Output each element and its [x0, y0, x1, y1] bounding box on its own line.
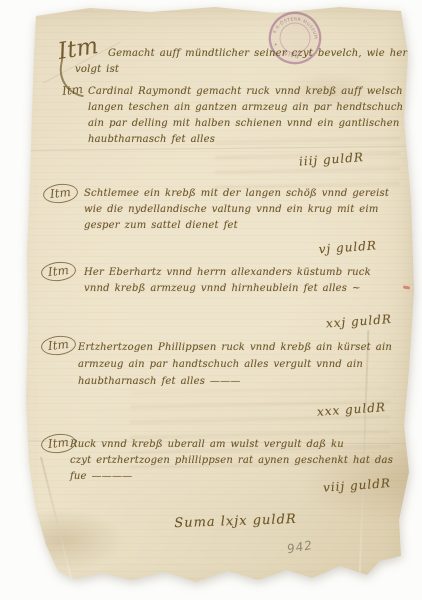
text-line: armzeug ain par handtschuch alles vergul…	[78, 356, 392, 373]
text-line: gesper zum sattel dienet fet	[84, 218, 389, 234]
text-line: haubtharnasch fet alles ———	[78, 373, 392, 390]
entry-1-text: Gemacht auff mündtlicher seiner czyt bev…	[108, 46, 422, 78]
photograph-background: K·K·ÖSTERR·MUSEUM WIEN Itm Gemacht auff …	[0, 0, 422, 600]
text-line: Her Eberhartz vnnd herrn allexanders küs…	[84, 265, 371, 281]
entry-5-text: Ertzhertzogen Phillippsen ruck vnnd kreb…	[78, 339, 392, 390]
text-line: Cardinal Raymondt gemacht ruck vnnd kreb…	[88, 84, 422, 100]
text-line: volgt ist	[75, 62, 422, 78]
manuscript-page: K·K·ÖSTERR·MUSEUM WIEN Itm Gemacht auff …	[0, 0, 422, 600]
text-line: wie die nydellandische valtung vnnd ein …	[84, 202, 389, 218]
text-line: czyt ertzhertzogen phillippsen rat aynen…	[70, 453, 393, 469]
text-line: Ertzhertzogen Phillippsen ruck vnnd kreb…	[78, 339, 392, 356]
text-line: Schtlemee ein krebß mit der langen schöß…	[84, 186, 389, 202]
text-line: langen teschen ain gantzen armzeug ain p…	[88, 100, 422, 116]
manuscript-page-wrap: K·K·ÖSTERR·MUSEUM WIEN Itm Gemacht auff …	[0, 0, 422, 600]
entry-2-text: Cardinal Raymondt gemacht ruck vnnd kreb…	[88, 84, 422, 148]
entry-6-text: Ruck vnnd krebß uberall am wulst vergult…	[70, 437, 393, 485]
text-line: vnnd krebß armzeug vnnd hirnheublein fet…	[84, 281, 371, 297]
entry-4-text: Her Eberhartz vnnd herrn allexanders küs…	[84, 265, 371, 297]
entry-2-item-marker: Itm	[61, 82, 83, 98]
entry-3-text: Schtlemee ein krebß mit der langen schöß…	[84, 186, 389, 234]
text-line: haubtharnasch fet alles	[88, 132, 422, 148]
text-line: ain par delling mit halben schienen vnnd…	[88, 116, 422, 132]
text-line: Gemacht auff mündtlicher seiner czyt bev…	[108, 46, 422, 62]
text-line: Ruck vnnd krebß uberall am wulst vergult…	[70, 437, 393, 453]
